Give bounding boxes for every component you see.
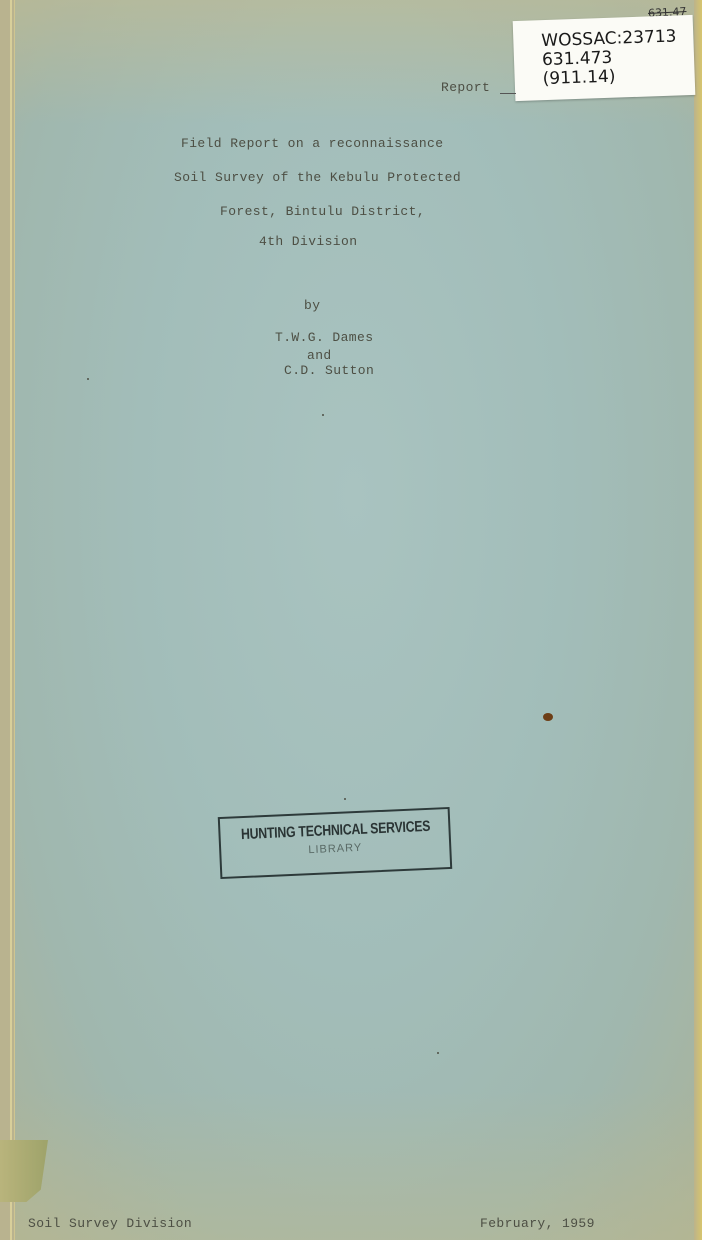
page-right-edge <box>694 0 702 1240</box>
stain-mark <box>543 713 553 721</box>
speck <box>322 414 324 416</box>
speck <box>344 798 346 800</box>
label-region-code: (911.14) <box>542 65 695 89</box>
title-line-4: 4th Division <box>259 234 357 249</box>
spine-edge-inner <box>14 0 15 1240</box>
title-line-2: Soil Survey of the Kebulu Protected <box>174 170 461 185</box>
spine-edge <box>10 0 12 1240</box>
author-2: C.D. Sutton <box>284 363 374 378</box>
by-label: by <box>304 298 320 313</box>
report-label: Report <box>441 80 490 95</box>
footer-division: Soil Survey Division <box>28 1216 192 1231</box>
library-label-sticker: WOSSAC:23713 631.473 (911.14) <box>513 15 696 101</box>
footer-date: February, 1959 <box>480 1216 595 1231</box>
title-line-3: Forest, Bintulu District, <box>220 204 425 219</box>
report-number-blank <box>500 93 516 94</box>
author-1: T.W.G. Dames <box>275 330 373 345</box>
title-line-1: Field Report on a reconnaissance <box>181 136 443 151</box>
author-conjunction: and <box>307 348 332 363</box>
speck <box>437 1052 439 1054</box>
document-cover <box>14 0 694 1240</box>
speck <box>87 378 89 380</box>
library-stamp: HUNTING TECHNICAL SERVICES LIBRARY <box>218 807 452 879</box>
